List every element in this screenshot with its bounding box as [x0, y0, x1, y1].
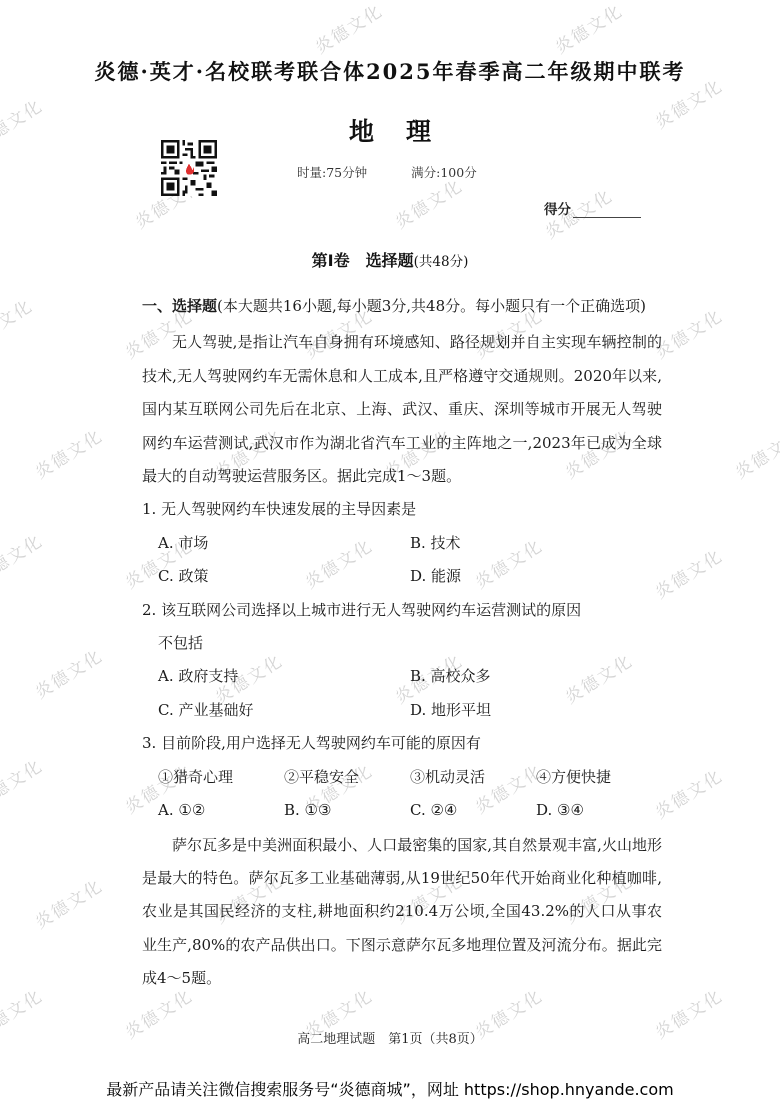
subject-char: 地	[349, 112, 374, 148]
time-limit: 时量:75分钟	[297, 165, 367, 180]
option-b[interactable]: B. 高校众多	[410, 660, 662, 693]
option-b[interactable]: B. 技术	[410, 527, 662, 560]
question-3-options: A. ①② B. ①③ C. ②④ D. ③④	[142, 794, 662, 827]
option-c[interactable]: C. ②④	[410, 794, 536, 827]
option-c[interactable]: C. 产业基础好	[158, 694, 410, 727]
subject-char: 理	[406, 112, 431, 148]
exam-content: 一、选择题(本大题共16小题,每小题3分,共48分。每小题只有一个正确选项) 无…	[142, 290, 662, 996]
option-a[interactable]: A. 政府支持	[158, 660, 410, 693]
passage-1: 无人驾驶,是指让汽车自身拥有环境感知、路径规划并自主实现车辆控制的技术,无人驾驶…	[142, 326, 662, 493]
option-a[interactable]: A. 市场	[158, 527, 410, 560]
instructions: 一、选择题(本大题共16小题,每小题3分,共48分。每小题只有一个正确选项)	[142, 290, 662, 323]
option-d[interactable]: D. 地形平坦	[410, 694, 662, 727]
section-title: 第Ⅰ卷 选择题(共48分)	[0, 248, 780, 271]
qr-code-icon[interactable]	[161, 140, 217, 196]
exam-page: 炎德·英才·名校联考联合体2025年春季高二年级期中联考 地理	[0, 0, 780, 1104]
exam-title: 炎德·英才·名校联考联合体2025年春季高二年级期中联考	[0, 56, 780, 86]
instructions-heading: 一、选择题	[142, 297, 217, 315]
question-3-stem: 3. 目前阶段,用户选择无人驾驶网约车可能的原因有	[142, 727, 662, 760]
instructions-text: (本大题共16小题,每小题3分,共48分。每小题只有一个正确选项)	[217, 297, 646, 315]
item-1: ①猎奇心理	[158, 761, 284, 794]
question-2-stem: 2. 该互联网公司选择以上城市进行无人驾驶网约车运营测试的原因	[142, 594, 662, 627]
promo-banner[interactable]: 最新产品请关注微信搜索服务号“炎德商城”，网址 https://shop.hny…	[0, 1077, 780, 1100]
item-2: ②平稳安全	[284, 761, 410, 794]
score-blank[interactable]	[573, 204, 641, 218]
section-title-suffix: (共48分)	[414, 254, 469, 270]
score-label: 得分	[544, 202, 571, 218]
question-3-items: ①猎奇心理 ②平稳安全 ③机动灵活 ④方便快捷	[142, 761, 662, 794]
page-footer: 高二地理试题 第1页（共8页）	[0, 1028, 780, 1047]
question-2-stem-cont: 不包括	[142, 627, 662, 660]
item-4: ④方便快捷	[536, 761, 662, 794]
section-title-main: 第Ⅰ卷 选择题	[312, 251, 414, 270]
option-b[interactable]: B. ①③	[284, 794, 410, 827]
option-d[interactable]: D. 能源	[410, 560, 662, 593]
question-2-options: A. 政府支持 B. 高校众多	[142, 660, 662, 693]
full-score: 满分:100分	[411, 165, 477, 180]
option-c[interactable]: C. 政策	[158, 560, 410, 593]
item-3: ③机动灵活	[410, 761, 536, 794]
question-2-options: C. 产业基础好 D. 地形平坦	[142, 694, 662, 727]
question-1-stem: 1. 无人驾驶网约车快速发展的主导因素是	[142, 493, 662, 526]
option-a[interactable]: A. ①②	[158, 794, 284, 827]
option-d[interactable]: D. ③④	[536, 794, 662, 827]
score-field[interactable]: 得分	[544, 198, 641, 218]
question-1-options: C. 政策 D. 能源	[142, 560, 662, 593]
question-1-options: A. 市场 B. 技术	[142, 527, 662, 560]
exam-meta: 时量:75分钟满分:100分	[297, 163, 521, 181]
passage-2: 萨尔瓦多是中美洲面积最小、人口最密集的国家,其自然景观丰富,火山地形是最大的特色…	[142, 829, 662, 996]
subject-title: 地理	[0, 112, 780, 148]
